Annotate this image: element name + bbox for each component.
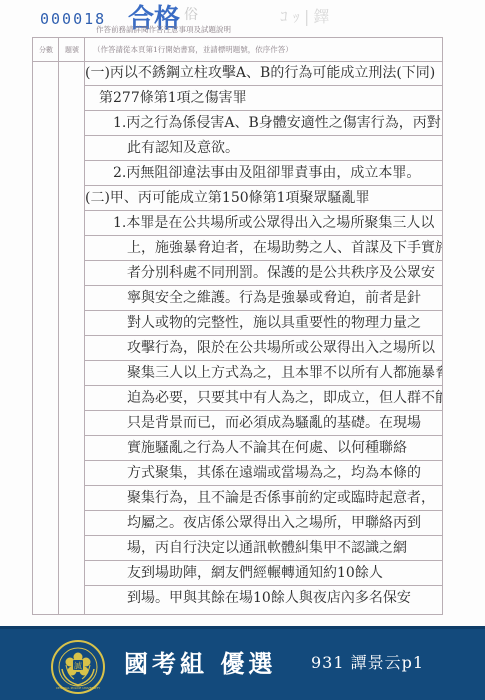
score-column-header: 分數 bbox=[33, 38, 59, 61]
answer-line: (一)丙以不銹鋼立柱攻擊A、B的行為可能成立刑法(下同) bbox=[85, 61, 442, 86]
table-header-row: 分數 題號 （作答請從本頁第1行開始書寫，並請標明題號，依序作答） bbox=[33, 38, 442, 62]
pencil-mark: 俗 bbox=[184, 4, 198, 24]
footer-banner: 誠 CENTRAL POLICE UNIVERSITY 國考組 優選 931 譚… bbox=[0, 626, 485, 700]
writing-instruction: （作答請從本頁第1行開始書寫，並請標明題號，依序作答） bbox=[93, 44, 293, 55]
answer-line: 對人或物的完整性，施以具重要性的物理力量之 bbox=[85, 311, 442, 336]
answer-line: 到場。甲與其餘在場10餘人與夜店內多名保安 bbox=[85, 586, 442, 611]
answer-line: 此有認知及意欲。 bbox=[85, 136, 442, 161]
answer-table: 分數 題號 （作答請從本頁第1行開始書寫，並請標明題號，依序作答） (一)丙以不… bbox=[32, 37, 443, 615]
answer-line: 攻擊行為，限於在公共場所或公眾得出入之場所以 bbox=[85, 336, 442, 361]
answer-line: 者分別科處不同刑罰。保護的是公共秩序及公眾安 bbox=[85, 261, 442, 286]
question-number-column-header: 題號 bbox=[59, 38, 85, 61]
answer-lines: (一)丙以不銹鋼立柱攻擊A、B的行為可能成立刑法(下同) 第277條第1項之傷害… bbox=[85, 61, 442, 611]
svg-text:誠: 誠 bbox=[74, 661, 82, 671]
faint-scribble: ｺｯ|鐸 bbox=[280, 4, 333, 27]
answer-line: 聚集行為，且不論是否係事前約定或臨時起意者， bbox=[85, 486, 442, 511]
exam-answer-sheet: 000018 合格 俗 ｺｯ|鐸 作答前務請詳閱作答注意事項及試題說明 分數 題… bbox=[0, 0, 485, 626]
answer-line: 迫為必要，只要其中有人為之，即成立，但人群不能 bbox=[85, 386, 442, 411]
answer-line: 友到場助陣，網友們經輾轉通知約10餘人 bbox=[85, 561, 442, 586]
answer-line: 聚集三人以上方式為之，且本罪不以所有人都施暴脅 bbox=[85, 361, 442, 386]
footer-title: 國考組 優選 bbox=[124, 644, 276, 679]
answer-line: (二)甲、丙可能成立第150條第1項聚眾騷亂罪 bbox=[85, 186, 442, 211]
answer-line: 均屬之。夜店係公眾得出入之場所，甲聯絡丙到 bbox=[85, 511, 442, 536]
footer-divider bbox=[0, 626, 485, 629]
answer-line: 2.丙無阻卻違法事由及阻卻罪責事由，成立本罪。 bbox=[85, 161, 442, 186]
answer-line: 只是背景而已，而必須成為騷亂的基礎。在現場 bbox=[85, 411, 442, 436]
answer-line: 1.丙之行為係侵害A、B身體安適性之傷害行為，丙對 bbox=[85, 111, 442, 136]
answer-line: 寧與安全之維護。行為是強暴或脅迫，前者是針 bbox=[85, 286, 442, 311]
answer-line: 場，丙自行決定以通訊軟體糾集甲不認識之網 bbox=[85, 536, 442, 561]
university-seal-icon: 誠 CENTRAL POLICE UNIVERSITY bbox=[50, 639, 106, 695]
answer-line: 方式聚集，其係在遠端或當場為之，均為本條的 bbox=[85, 461, 442, 486]
answer-line: 實施騷亂之行為人不論其在何處、以何種聯絡 bbox=[85, 436, 442, 461]
instruction-text: 作答前務請詳閱作答注意事項及試題說明 bbox=[96, 24, 231, 35]
answer-line: 1.本罪是在公共場所或公眾得出入之場所聚集三人以 bbox=[85, 211, 442, 236]
footer-subtitle: 931 譚景云p1 bbox=[311, 650, 424, 673]
answer-line: 上，施強暴脅迫者，在場助勢之人、首謀及下手實施 bbox=[85, 236, 442, 261]
column-divider bbox=[58, 38, 59, 614]
svg-text:CENTRAL POLICE UNIVERSITY: CENTRAL POLICE UNIVERSITY bbox=[56, 686, 100, 690]
answer-line: 第277條第1項之傷害罪 bbox=[85, 86, 442, 111]
